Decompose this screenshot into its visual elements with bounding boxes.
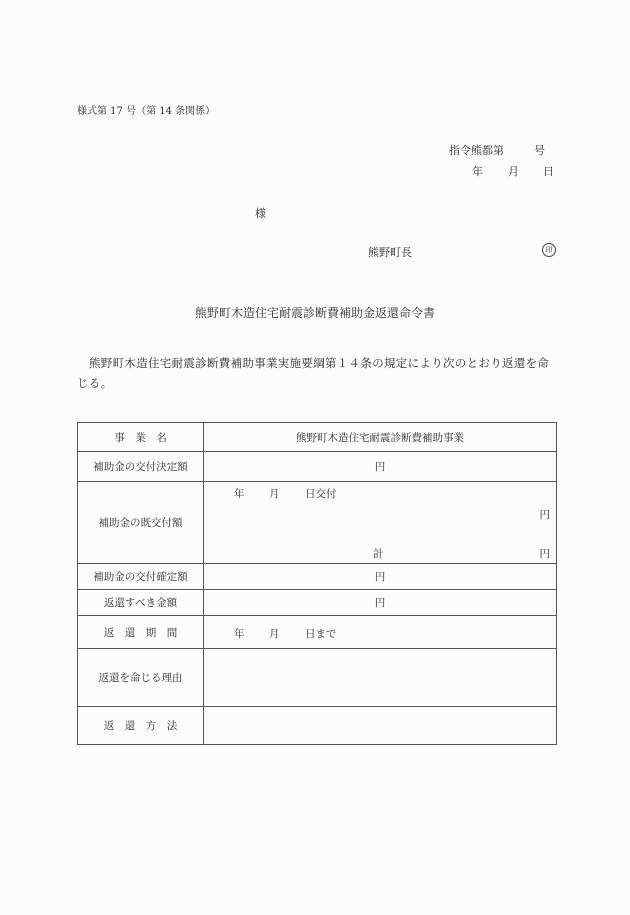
seal-icon: 印 <box>542 243 556 257</box>
row-value-project-name: 熊野町木造住宅耐震診断費補助事業 <box>204 423 557 452</box>
row-value-decided-amount: 円 <box>204 452 557 482</box>
table-row: 補助金の交付決定額 円 <box>78 452 557 482</box>
row-label-decided-amount: 補助金の交付決定額 <box>78 452 204 482</box>
table-row: 返 還 期 間 年 月 日まで <box>78 616 557 649</box>
document-number-suffix: 号 <box>534 142 545 158</box>
row-label-project-name: 事 業 名 <box>78 423 204 452</box>
table-row: 事 業 名 熊野町木造住宅耐震診断費補助事業 <box>78 423 557 452</box>
table-row: 補助金の交付確定額 円 <box>78 564 557 590</box>
row-value-paid-amount: 年 月 日交付 円 計 円 <box>204 482 557 564</box>
table-row: 返 還 方 法 <box>78 707 557 745</box>
row-label-return-amount: 返還すべき金額 <box>78 590 204 616</box>
document-body: 熊野町木造住宅耐震診断費補助事業実施要綱第１４条の規定により次のとおり返還を命じ… <box>77 353 559 393</box>
paid-total-label: 計 <box>373 546 384 561</box>
issue-date-day: 日 <box>543 163 554 179</box>
row-value-return-reason <box>204 649 557 707</box>
document-number-label: 指令熊都第 <box>449 142 504 158</box>
issue-date-month: 月 <box>508 163 519 179</box>
table-row: 返還すべき金額 円 <box>78 590 557 616</box>
return-date-month: 月 <box>269 626 280 641</box>
return-date-year: 年 <box>234 626 245 641</box>
row-label-paid-amount: 補助金の既交付額 <box>78 482 204 564</box>
row-value-return-method <box>204 707 557 745</box>
document-title: 熊野町木造住宅耐震診断費補助金返還命令書 <box>0 304 630 321</box>
form-number: 様式第 17 号（第 14 条関係） <box>77 102 215 117</box>
issuer-title: 熊野町長 <box>368 244 412 260</box>
addressee-honorific: 様 <box>255 205 266 221</box>
row-label-return-method: 返 還 方 法 <box>78 707 204 745</box>
paid-amount-unit: 円 <box>540 507 551 522</box>
row-label-return-reason: 返還を命じる理由 <box>78 649 204 707</box>
table-row: 返還を命じる理由 <box>78 649 557 707</box>
row-label-return-period: 返 還 期 間 <box>78 616 204 649</box>
table-row: 補助金の既交付額 年 月 日交付 円 計 円 <box>78 482 557 564</box>
row-value-confirmed-amount: 円 <box>204 564 557 590</box>
return-date-day: 日まで <box>305 626 337 641</box>
row-value-return-period: 年 月 日まで <box>204 616 557 649</box>
issue-date-year: 年 <box>472 163 483 179</box>
paid-date-month: 月 <box>269 486 280 501</box>
return-order-table: 事 業 名 熊野町木造住宅耐震診断費補助事業 補助金の交付決定額 円 補助金の既… <box>77 422 557 745</box>
paid-total-unit: 円 <box>540 546 551 561</box>
row-label-confirmed-amount: 補助金の交付確定額 <box>78 564 204 590</box>
row-value-return-amount: 円 <box>204 590 557 616</box>
paid-date-year: 年 <box>234 486 245 501</box>
paid-date-day: 日交付 <box>305 486 337 501</box>
